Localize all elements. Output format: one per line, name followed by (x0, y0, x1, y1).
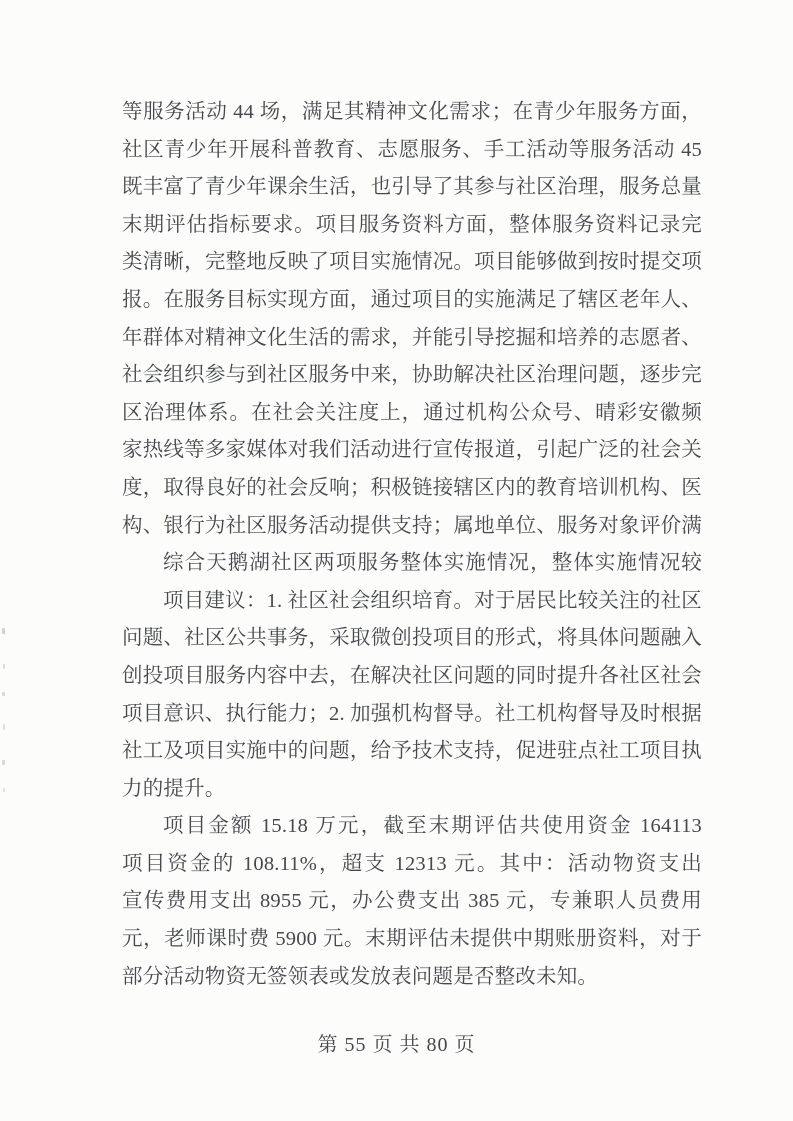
document-line: 年群体对精神文化生活的需求，并能引导挖掘和培养的志愿者、社区 (122, 320, 702, 358)
document-line: 创投项目服务内容中去，在解决社区问题的同时提升各社区社会组织 (122, 658, 702, 696)
page-footer: 第 55 页 共 80 页 (0, 1026, 793, 1064)
document-line: 报。在服务目标实现方面，通过项目的实施满足了辖区老年人、青少 (122, 282, 702, 320)
document-line: 构、银行为社区服务活动提供支持；属地单位、服务对象评价满意。 (122, 508, 702, 546)
document-line: 宣传费用支出 8955 元，办公费支出 385 元，专兼职人员费用 84600 (122, 883, 702, 921)
document-line: 部分活动物资无签领表或发放表问题是否整改未知。 (122, 959, 702, 997)
document-line: 元，老师课时费 5900 元。末期评估未提供中期账册资料，对于中期 (122, 921, 702, 959)
scan-artifact (3, 788, 5, 792)
document-line: 力的提升。 (122, 771, 702, 809)
document-line: 既丰富了青少年课余生活，也引导了其参与社区治理，服务总量达到 (122, 169, 702, 207)
document-line: 项目意识、执行能力；2. 加强机构督导。社工机构督导及时根据项目 (122, 696, 702, 734)
document-line: 等服务活动 44 场，满足其精神文化需求；在青少年服务方面，针对 (122, 94, 702, 132)
scan-artifact (2, 760, 5, 765)
document-line: 社工及项目实施中的问题，给予技术支持，促进驻点社工项目执行能 (122, 733, 702, 771)
document-line: 度，取得良好的社会反响；积极链接辖区内的教育培训机构、医疗机 (122, 470, 702, 508)
document-line: 项目建议：1. 社区社会组织培育。对于居民比较关注的社区突出 (122, 583, 702, 621)
document-body: 等服务活动 44 场，满足其精神文化需求；在青少年服务方面，针对 社区青少年开展… (122, 94, 702, 996)
document-line: 社会组织参与到社区服务中来，协助解决社区治理问题，逐步完善社 (122, 357, 702, 395)
document-line: 类清晰，完整地反映了项目实施情况。项目能够做到按时提交项目简 (122, 244, 702, 282)
scan-artifact (3, 724, 5, 730)
document-line: 末期评估指标要求。项目服务资料方面，整体服务资料记录完整，分 (122, 207, 702, 245)
document-line: 项目金额 15.18 万元，截至末期评估共使用资金 164113 元；占 (122, 808, 702, 846)
document-line: 区治理体系。在社会关注度上，通过机构公众号、晴彩安徽频道、万 (122, 395, 702, 433)
document-page: 等服务活动 44 场，满足其精神文化需求；在青少年服务方面，针对 社区青少年开展… (0, 0, 793, 1121)
document-line: 问题、社区公共事务，采取微创投项目的形式，将具体问题融入到微 (122, 620, 702, 658)
scan-artifact (2, 628, 5, 634)
document-line: 家热线等多家媒体对我们活动进行宣传报道，引起广泛的社会关注 (122, 432, 702, 470)
document-line: 社区青少年开展科普教育、志愿服务、手工活动等服务活动 45 场， (122, 132, 702, 170)
scan-artifact (3, 664, 5, 669)
document-line: 综合天鹅湖社区两项服务整体实施情况，整体实施情况较好。 (122, 545, 702, 583)
scan-artifact (2, 692, 5, 696)
document-line: 项目资金的 108.11%，超支 12313 元。其中：活动物资支出 64273… (122, 846, 702, 884)
